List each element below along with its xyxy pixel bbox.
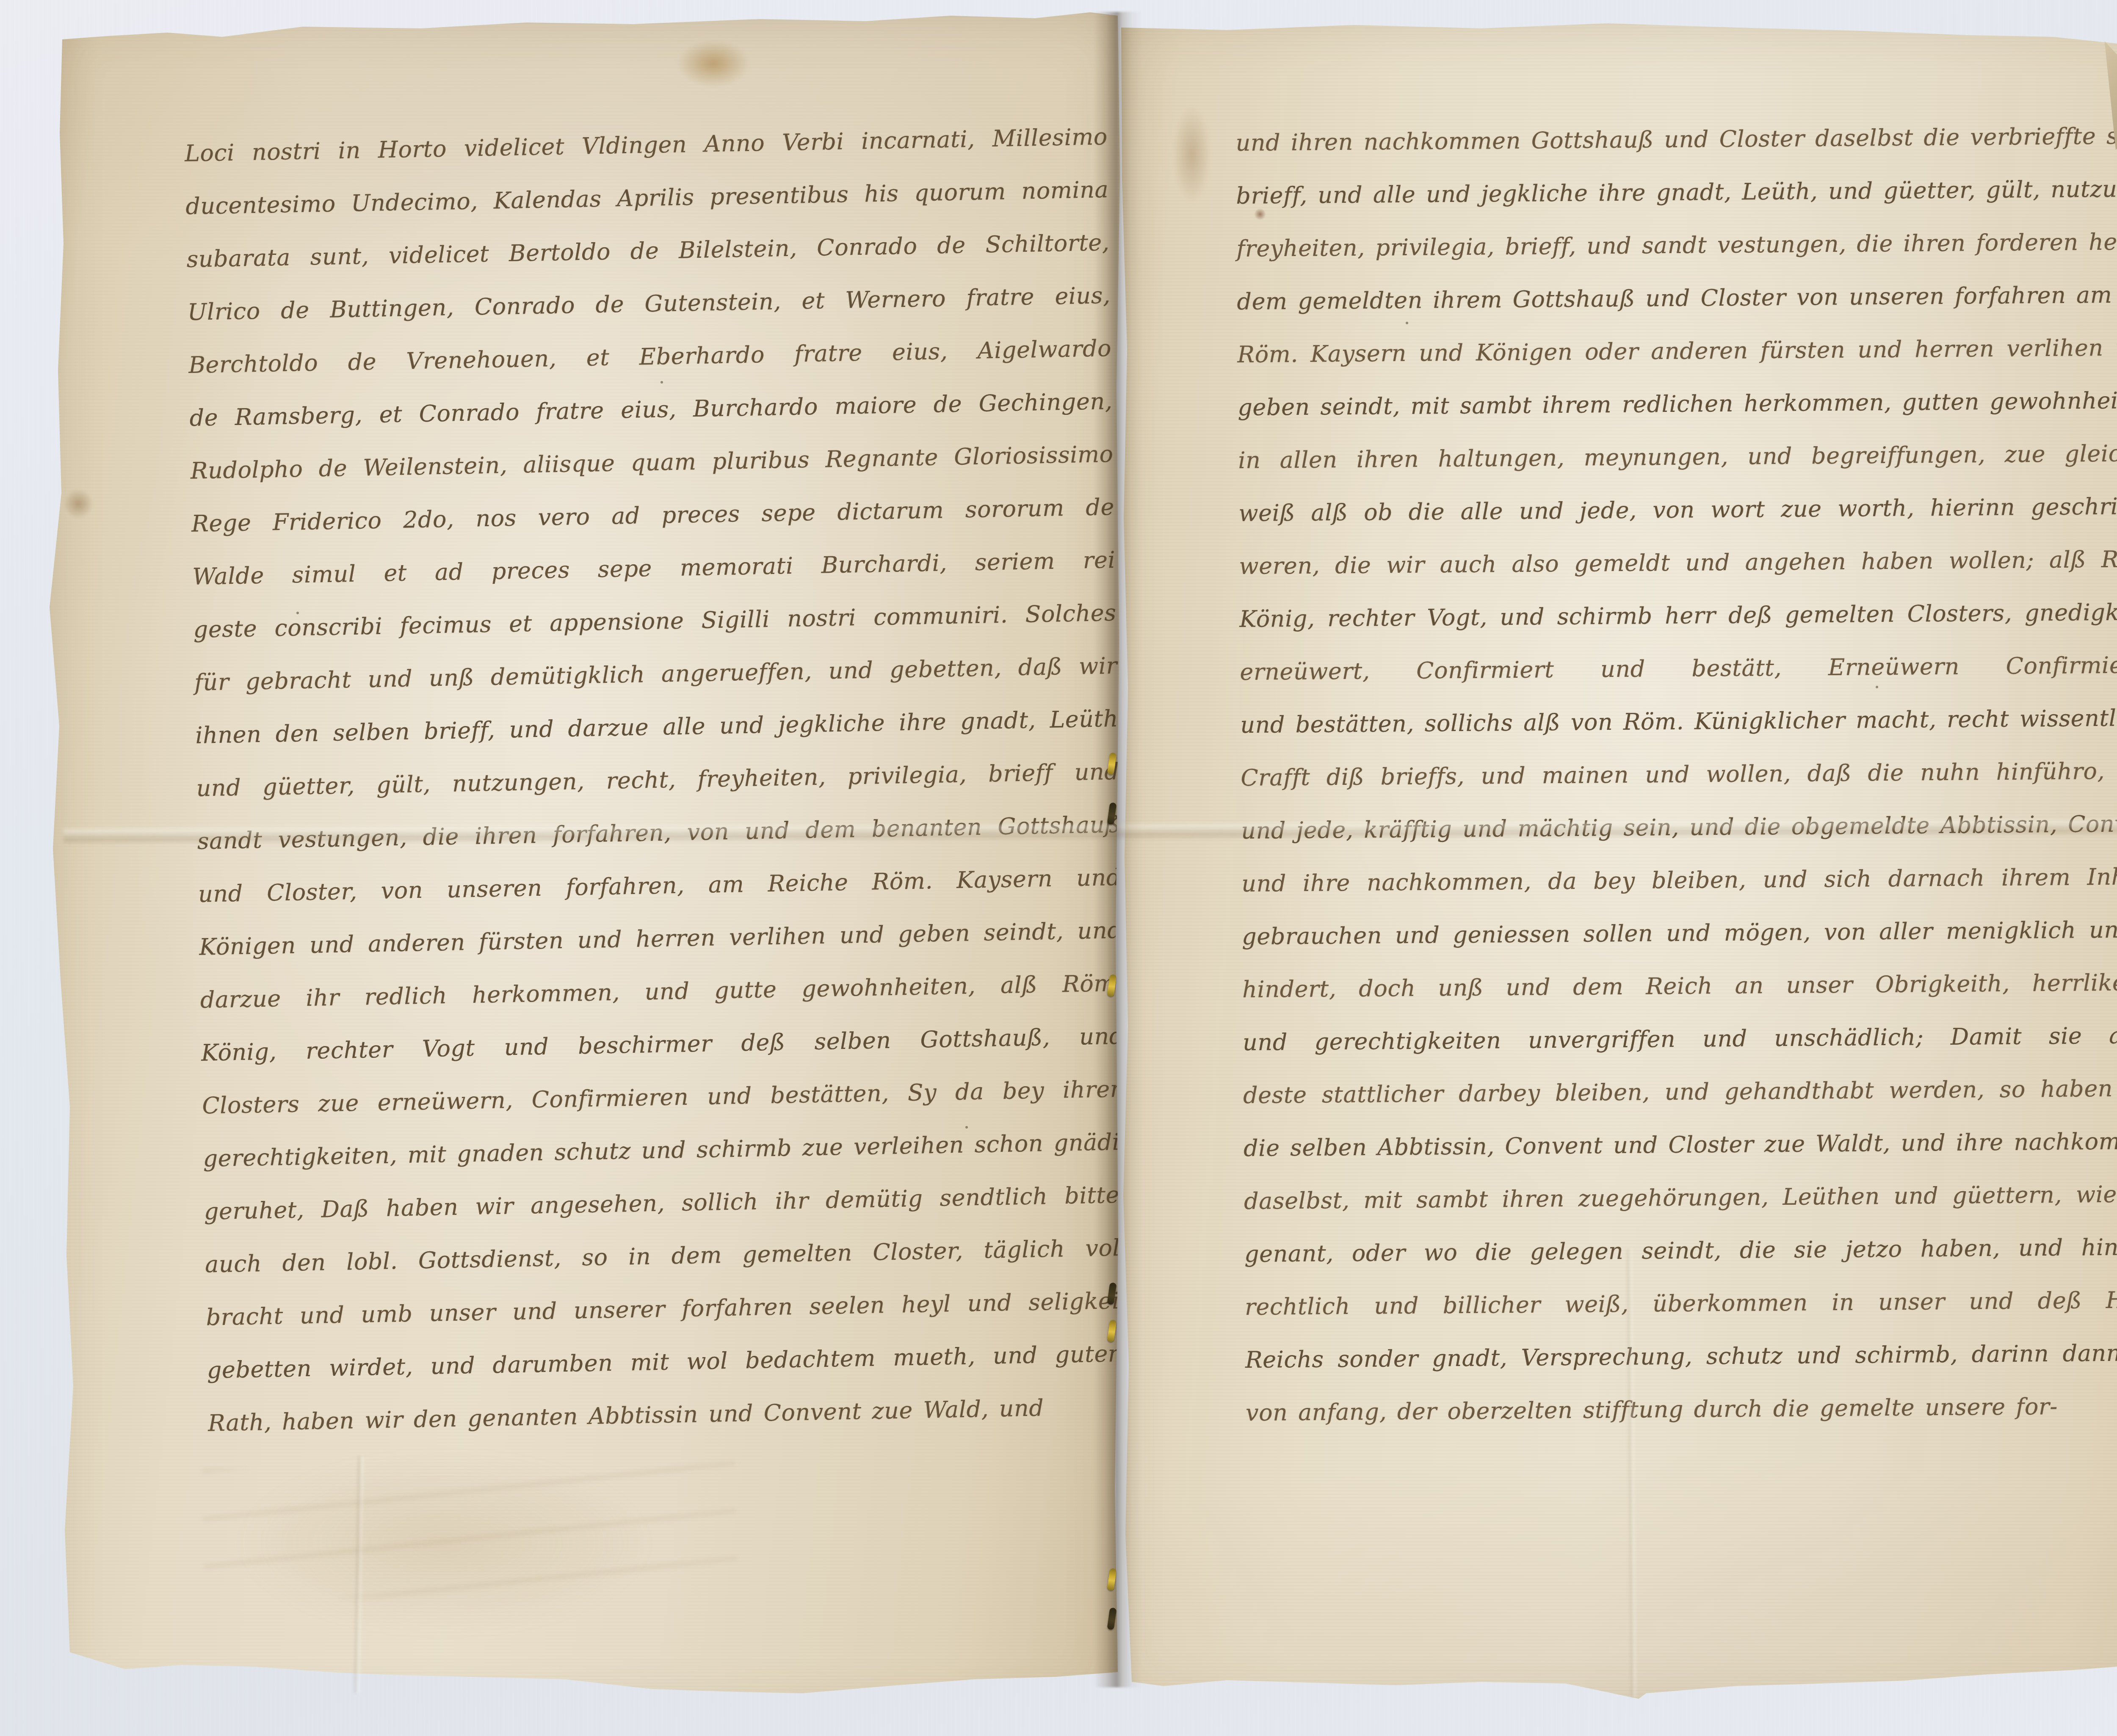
- ink-speck: [1406, 322, 1408, 324]
- manuscript-line: Crafft diß brieffs, und mainen und wolle…: [1241, 744, 2117, 804]
- ink-speck: [1876, 686, 1878, 688]
- manuscript-line: die selben Abbtissin, Convent und Closte…: [1244, 1115, 2117, 1175]
- manuscript-line: und ihre nachkommen, da bey bleiben, und…: [1241, 850, 2117, 910]
- manuscript-line: gebrauchen und geniessen sollen und möge…: [1242, 903, 2117, 963]
- manuscript-line: weiß alß ob die alle und jede, von wort …: [1238, 480, 2117, 540]
- manuscript-page-right: und ihren nachkommen Gottshauß und Clost…: [1100, 11, 2117, 1717]
- manuscript-line: in allen ihren haltungen, meynungen, und…: [1238, 427, 2117, 487]
- manuscript-line: Reichs sonder gnadt, Versprechung, schut…: [1245, 1326, 2117, 1386]
- scan-background: Loci nostri in Horto videlicet Vldingen …: [0, 0, 2117, 1736]
- manuscript-line: genant, oder wo die gelegen seindt, die …: [1244, 1220, 2117, 1281]
- manuscript-line: geben seindt, mit sambt ihrem redlichen …: [1238, 374, 2117, 434]
- ink-speck: [296, 612, 299, 614]
- manuscript-line: hindert, doch unß und dem Reich an unser…: [1242, 956, 2117, 1016]
- manuscript-line: von anfang, der oberzelten stifftung dur…: [1246, 1379, 2117, 1439]
- ink-showthrough: [202, 1460, 738, 1601]
- manuscript-line: weren, die wir auch also gemeldt und ang…: [1239, 533, 2117, 593]
- manuscript-text-right: und ihren nachkommen Gottshauß und Clost…: [1235, 109, 2117, 1439]
- manuscript-line: rechtlich und billicher weiß, überkommen…: [1245, 1273, 2117, 1333]
- ink-speck: [965, 1126, 968, 1129]
- binding-gutter: [1094, 12, 1141, 1687]
- manuscript-line: daselbst, mit sambt ihren zuegehörungen,…: [1244, 1167, 2117, 1228]
- manuscript-line: und gerechtigkeiten unvergriffen und uns…: [1243, 1009, 2117, 1069]
- manuscript-line: Röm. Kaysern und Königen oder anderen fü…: [1237, 321, 2117, 381]
- ink-speck: [661, 381, 663, 384]
- manuscript-line: brieff, und alle und jegkliche ihre gnad…: [1236, 162, 2117, 222]
- manuscript-line: und bestätten, sollichs alß von Röm. Kün…: [1240, 691, 2117, 751]
- manuscript-line: erneüwert, Confirmiert und bestätt, Erne…: [1240, 638, 2117, 698]
- manuscript-line: König, rechter Vogt, und schirmb herr de…: [1239, 585, 2117, 646]
- manuscript-line: deste stattlicher darbey bleiben, und ge…: [1243, 1062, 2117, 1122]
- manuscript-text-left: Loci nostri in Horto videlicet Vldingen …: [184, 110, 1131, 1449]
- manuscript-line: dem gemeldten ihrem Gottshauß und Closte…: [1237, 268, 2117, 328]
- manuscript-line: und ihren nachkommen Gottshauß und Clost…: [1235, 109, 2117, 169]
- manuscript-line: freyheiten, privilegia, brieff, und sand…: [1236, 215, 2117, 275]
